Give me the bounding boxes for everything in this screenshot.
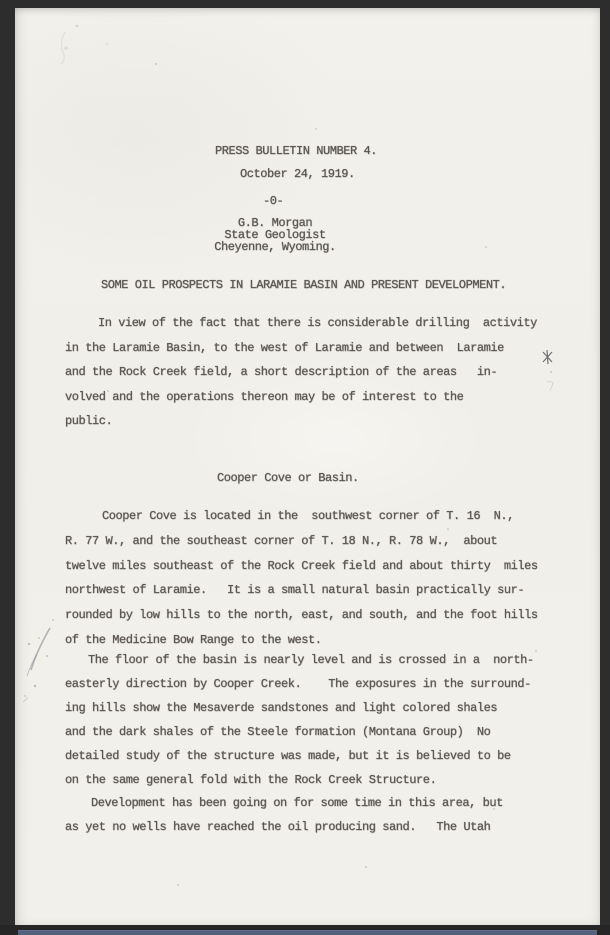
text-line: Development has been going on for some t… (65, 792, 503, 816)
text-line: twelve miles southeast of the Rock Creek… (65, 554, 538, 579)
scan-speck (535, 650, 537, 652)
text-line: as yet no wells have reached the oil pro… (65, 816, 503, 840)
faint-smudge-mark (35, 18, 125, 68)
scanned-document-view: PRESS BULLETIN NUMBER 4. October 24, 191… (0, 0, 610, 935)
window-edge (18, 930, 597, 935)
bulletin-number-line: PRESS BULLETIN NUMBER 4. (215, 144, 377, 158)
text-line: and the Rock Creek field, a short descri… (65, 360, 537, 385)
scan-speck (315, 128, 317, 130)
scan-speck (215, 710, 217, 712)
date-line: October 24, 1919. (240, 167, 355, 181)
text-line: and the dark shales of the Steele format… (65, 721, 534, 745)
text-line: rounded by low hills to the north, east,… (65, 603, 538, 628)
scan-speck (177, 884, 179, 886)
text-line: public. (65, 409, 537, 434)
text-line: in the Laramie Basin, to the west of Lar… (65, 336, 537, 361)
text-line: volved and the operations thereon may be… (65, 385, 537, 410)
pencil-scribble-mark (17, 598, 69, 708)
scan-speck (493, 808, 495, 810)
separator-line: -0- (263, 194, 283, 208)
paragraph-development: Development has been going on for some t… (65, 792, 503, 839)
byline-block: G.B. Morgan State Geologist Cheyenne, Wy… (160, 217, 390, 253)
text-line: The floor of the basin is nearly level a… (65, 649, 534, 673)
text-line: northwest of Laramie. It is a small natu… (65, 578, 538, 603)
scan-speck (365, 866, 367, 868)
text-line: R. 77 W., and the southeast corner of T.… (65, 529, 538, 554)
scan-speck (485, 246, 487, 248)
text-line: on the same general fold with the Rock C… (65, 769, 534, 793)
paragraph-intro: In view of the fact that there is consid… (65, 311, 537, 434)
scan-speck (107, 390, 109, 392)
document-page: PRESS BULLETIN NUMBER 4. October 24, 191… (15, 8, 600, 925)
text-line: easterly direction by Cooper Creek. The … (65, 673, 534, 697)
scan-speck (155, 63, 157, 65)
margin-x-mark (539, 348, 559, 396)
text-line: detailed study of the structure was made… (65, 745, 534, 769)
paragraph-location: Cooper Cove is located in the southwest … (65, 504, 538, 653)
section-heading: Cooper Cove or Basin. (217, 471, 359, 485)
scan-speck (447, 528, 449, 530)
paragraph-geology: The floor of the basin is nearly level a… (65, 649, 534, 792)
text-line: ing hills show the Mesaverde sandstones … (65, 697, 534, 721)
main-heading: SOME OIL PROSPECTS IN LARAMIE BASIN AND … (101, 278, 506, 292)
byline-location: Cheyenne, Wyoming. (160, 241, 390, 253)
text-line: In view of the fact that there is consid… (65, 311, 537, 336)
text-line: Cooper Cove is located in the southwest … (65, 504, 538, 529)
